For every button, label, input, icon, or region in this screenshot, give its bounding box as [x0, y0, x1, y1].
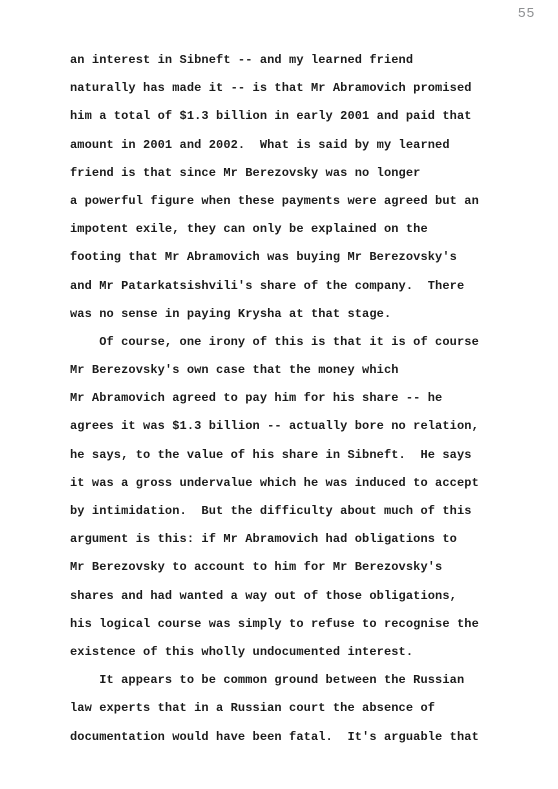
text-line: a powerful figure when these payments we… — [70, 187, 479, 215]
text-line: Mr Berezovsky to account to him for Mr B… — [70, 553, 479, 581]
text-line: by intimidation. But the difficulty abou… — [70, 497, 479, 525]
text-line: Mr Berezovsky's own case that the money … — [70, 356, 479, 384]
page-number: 55 — [518, 7, 535, 22]
text-line: he says, to the value of his share in Si… — [70, 441, 479, 469]
text-line: footing that Mr Abramovich was buying Mr… — [70, 243, 479, 271]
text-line: was no sense in paying Krysha at that st… — [70, 300, 479, 328]
text-line: naturally has made it -- is that Mr Abra… — [70, 74, 479, 102]
transcript-text: an interest in Sibneft -- and my learned… — [70, 46, 479, 751]
text-line: him a total of $1.3 billion in early 200… — [70, 102, 479, 130]
text-line: amount in 2001 and 2002. What is said by… — [70, 131, 479, 159]
text-line: it was a gross undervalue which he was i… — [70, 469, 479, 497]
text-line: his logical course was simply to refuse … — [70, 610, 479, 638]
text-line: documentation would have been fatal. It'… — [70, 723, 479, 751]
text-line: agrees it was $1.3 billion -- actually b… — [70, 412, 479, 440]
text-line: friend is that since Mr Berezovsky was n… — [70, 159, 479, 187]
text-line: argument is this: if Mr Abramovich had o… — [70, 525, 479, 553]
text-line: and Mr Patarkatsishvili's share of the c… — [70, 272, 479, 300]
text-line: Mr Abramovich agreed to pay him for his … — [70, 384, 479, 412]
text-line: impotent exile, they can only be explain… — [70, 215, 479, 243]
text-line: law experts that in a Russian court the … — [70, 694, 479, 722]
text-line: an interest in Sibneft -- and my learned… — [70, 46, 479, 74]
text-line: existence of this wholly undocumented in… — [70, 638, 479, 666]
text-line: It appears to be common ground between t… — [70, 666, 479, 694]
text-line: Of course, one irony of this is that it … — [70, 328, 479, 356]
document-page: 55 an interest in Sibneft -- and my lear… — [0, 0, 558, 789]
text-line: shares and had wanted a way out of those… — [70, 582, 479, 610]
